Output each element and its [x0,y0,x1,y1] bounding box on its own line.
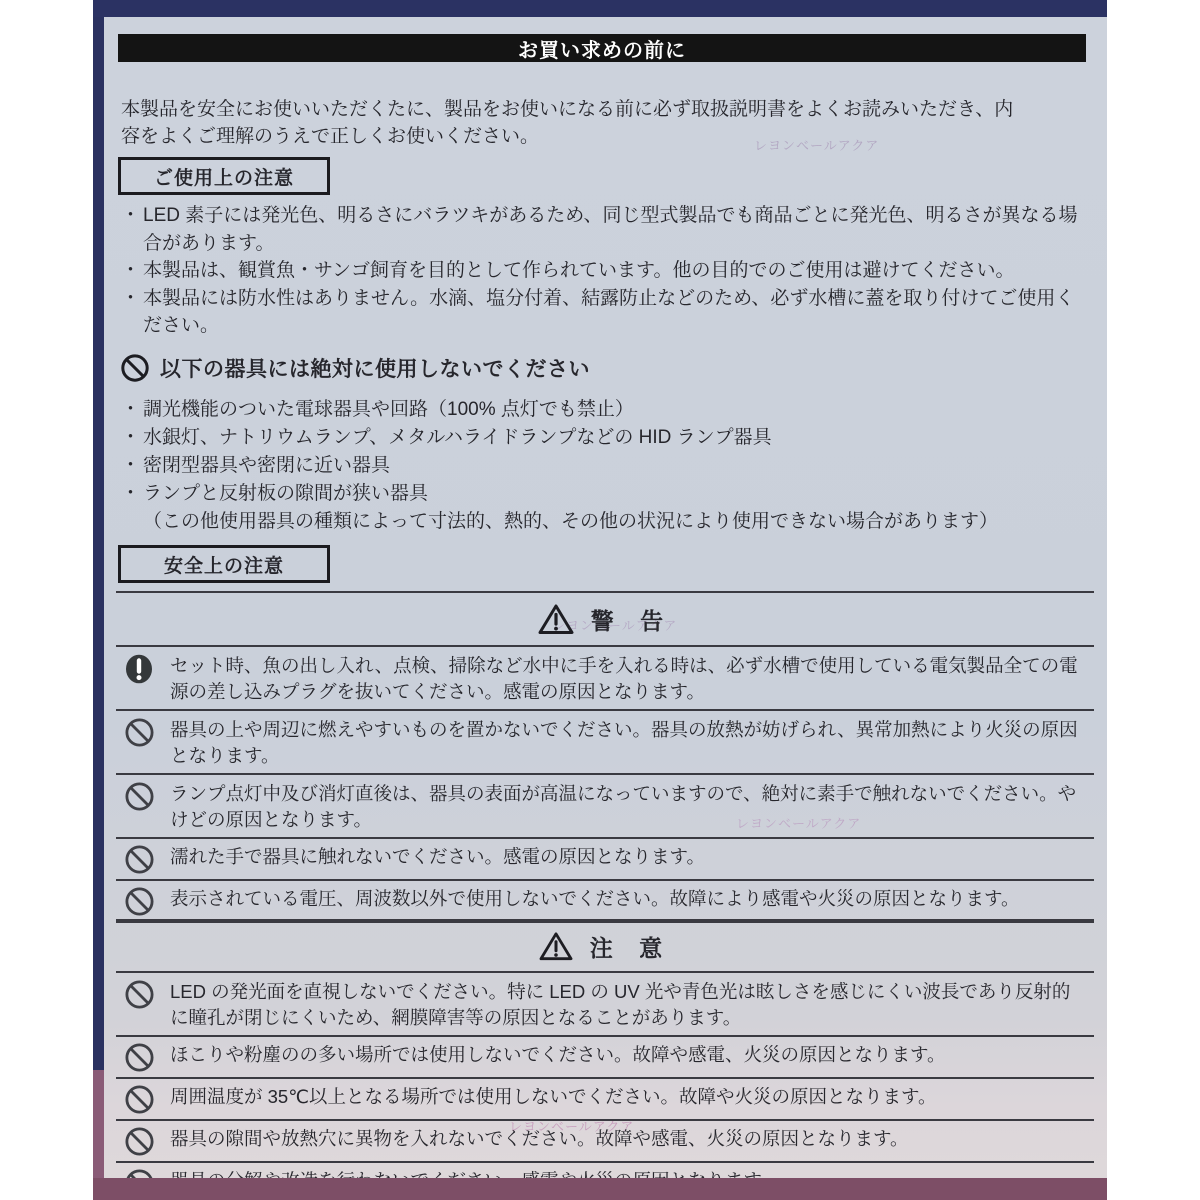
prohibited-bullet: 調光機能のついた電球器具や回路（100% 点灯でも禁止） [121,396,1083,424]
prohibition-icon [120,353,150,383]
warning-triangle-icon [538,931,574,962]
caution-text: 器具の分解や改造を行わないでください。感電や火災の原因となります。 [170,1167,779,1178]
prohibition-icon [124,716,158,748]
warning-text: 濡れた手で器具に触れないでください。感電の原因となります。 [170,843,705,870]
prohibited-fixtures-heading: 以下の器具には絶対に使用しないでください [120,353,590,383]
caution-text: 器具の隙間や放熱穴に異物を入れないでください。故障や感電、火災の原因となります。 [170,1125,909,1152]
page-title-bar: お買い求めの前に [118,34,1086,62]
usage-precautions-label: ご使用上の注意 [154,163,294,190]
caution-row: LED の発光面を直視しないでください。特に LED の UV 光や青色光は眩し… [116,973,1094,1037]
usage-bullet: LED 素子には発光色、明るさにバラツキがあるため、同じ型式製品でも商品ごとに発… [121,202,1083,257]
intro-paragraph: 本製品を安全にお使いいただくたに、製品をお使いになる前に必ず取扱説明書をよくお読… [121,96,1027,150]
usage-bullet: 本製品には防水性はありません。水滴、塩分付着、結露防止などのため、必ず水槽に蓋を… [121,285,1083,340]
box-edge-left-purple [93,1070,104,1178]
prohibited-fixtures-title: 以下の器具には絶対に使用しないでください [160,353,590,383]
prohibition-icon [124,780,158,812]
prohibited-bullet: 水銀灯、ナトリウムランプ、メタルハライドランプなどの HID ランプ器具 [121,424,1083,452]
caution-text: LED の発光面を直視しないでください。特に LED の UV 光や青色光は眩し… [170,978,1088,1030]
caution-heading: 注 意 [590,930,672,963]
warning-heading: 警 告 [591,603,673,636]
usage-bullet-list: LED 素子には発光色、明るさにバラツキがあるため、同じ型式製品でも商品ごとに発… [121,202,1083,340]
usage-precautions-box: ご使用上の注意 [118,157,330,195]
safety-precautions-label: 安全上の注意 [164,551,284,578]
warning-row: ランプ点灯中及び消灯直後は、器具の表面が高温になっていますので、絶対に素手で触れ… [116,775,1094,839]
prohibited-bullet: 密閉型器具や密閉に近い器具 [121,452,1083,480]
warning-text: ランプ点灯中及び消灯直後は、器具の表面が高温になっていますので、絶対に素手で触れ… [170,780,1088,832]
prohibition-icon [124,843,158,875]
caution-table: 注 意 LED の発光面を直視しないでください。特に LED の UV 光や青色… [116,919,1094,1178]
warning-triangle-icon [537,603,575,636]
caution-row: ほこりや粉塵のの多い場所では使用しないでください。故障や感電、火災の原因となりま… [116,1037,1094,1079]
prohibition-icon [124,1083,158,1115]
box-edge-left-navy [93,17,104,1070]
warning-row: セット時、魚の出し入れ、点検、掃除など水中に手を入れる時は、必ず水槽で使用してい… [116,647,1094,711]
caution-row: 器具の分解や改造を行わないでください。感電や火災の原因となります。 [116,1163,1094,1178]
prohibited-bullet-list: 調光機能のついた電球器具や回路（100% 点灯でも禁止） 水銀灯、ナトリウムラン… [121,396,1083,536]
warning-row: 濡れた手で器具に触れないでください。感電の原因となります。 [116,839,1094,881]
caution-row: 周囲温度が 35℃以上となる場所では使用しないでください。故障や火災の原因となり… [116,1079,1094,1121]
prohibition-icon [124,978,158,1010]
caution-row: 器具の隙間や放熱穴に異物を入れないでください。故障や感電、火災の原因となります。 [116,1121,1094,1163]
prohibition-icon [124,1167,158,1178]
box-edge-top [93,0,1107,17]
warning-text: 表示されている電圧、周波数以外で使用しないでください。故障により感電や火災の原因… [170,885,1020,912]
warning-text: 器具の上や周辺に燃えやすいものを置かないでください。器具の放熱が妨げられ、異常加… [170,716,1088,768]
warning-row: 表示されている電圧、周波数以外で使用しないでください。故障により感電や火災の原因… [116,881,1094,923]
page: { "header": { "title": "お買い求めの前に" }, "in… [0,0,1200,1200]
caution-text: ほこりや粉塵のの多い場所では使用しないでください。故障や感電、火災の原因となりま… [170,1041,946,1068]
prohibition-icon [124,1125,158,1157]
instruction-label: お買い求めの前に 本製品を安全にお使いいただくたに、製品をお使いになる前に必ず取… [104,17,1107,1178]
usage-bullet: 本製品は、観賞魚・サンゴ飼育を目的として作られています。他の目的でのご使用は避け… [121,257,1083,285]
exclamation-circle-icon [124,652,158,685]
warning-text: セット時、魚の出し入れ、点検、掃除など水中に手を入れる時は、必ず水槽で使用してい… [170,652,1088,704]
box-bottom-purple-band [93,1178,1107,1200]
prohibited-note: （この他使用器具の種類によって寸法的、熱的、その他の状況により使用できない場合が… [121,508,1083,536]
warning-row: 器具の上や周辺に燃えやすいものを置かないでください。器具の放熱が妨げられ、異常加… [116,711,1094,775]
safety-precautions-box: 安全上の注意 [118,545,330,583]
warning-table: 警 告 セット時、魚の出し入れ、点検、掃除など水中に手を入れる時は、必ず水槽で使… [116,591,1094,923]
prohibition-icon [124,885,158,917]
page-title: お買い求めの前に [518,34,686,63]
prohibited-bullet: ランプと反射板の隙間が狭い器具 [121,480,1083,508]
caution-text: 周囲温度が 35℃以上となる場所では使用しないでください。故障や火災の原因となり… [170,1083,937,1110]
caution-heading-row: 注 意 [116,921,1094,973]
prohibition-icon [124,1041,158,1073]
warning-heading-row: 警 告 [116,593,1094,647]
